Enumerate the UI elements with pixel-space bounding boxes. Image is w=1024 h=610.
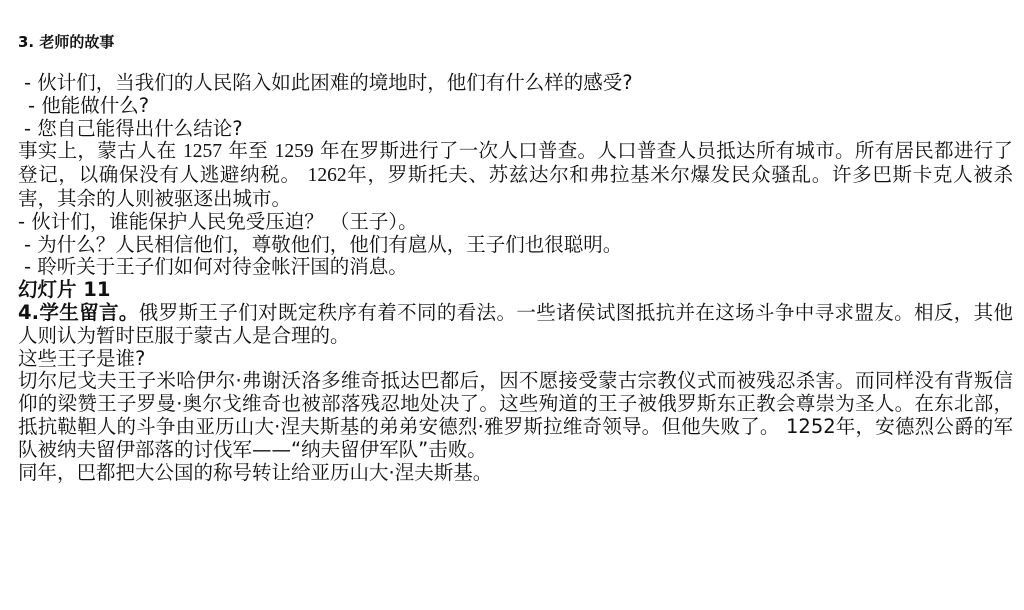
dialogue-line: - 伙计们，谁能保护人民免受压迫？ （王子）。 <box>18 211 1013 234</box>
slide-heading: 幻灯片 11 <box>18 279 1013 302</box>
year-number: 1262 <box>308 165 347 186</box>
dialogue-line: - 聆听关于王子们如何对待金帐汗国的消息。 <box>18 256 1013 279</box>
document-page: 3. 老师的故事 - 伙计们，当我们的人民陷入如此困难的境地时，他们有什么样的感… <box>0 0 1024 610</box>
question-line: - 您自己能得出什么结论? <box>18 118 1013 141</box>
student-label: 4.学生留言。 <box>18 301 139 324</box>
dialogue-line: - 为什么？人民相信他们，尊敬他们，他们有扈从，王子们也很聪明。 <box>18 234 1013 257</box>
year-number: 1257 <box>183 141 222 162</box>
question-line: - 他能做什么? <box>18 95 1013 118</box>
student-paragraph: 4.学生留言。俄罗斯王子们对既定秩序有着不同的看法。一些诸侯试图抵抗并在这场斗争… <box>18 302 1013 348</box>
census-text: 年至 <box>222 139 275 162</box>
year-number: 1259 <box>275 141 314 162</box>
student-text: 俄罗斯王子们对既定秩序有着不同的看法。一些诸侯试图抵抗并在这场斗争中寻求盟友。相… <box>18 301 1013 347</box>
closing-line: 同年，巴都把大公国的称号转让给亚历山大·涅夫斯基。 <box>18 462 1013 485</box>
princes-paragraph: 切尔尼戈夫王子米哈伊尔·弗谢沃洛多维奇抵达巴都后，因不愿接受蒙古宗教仪式而被残忍… <box>18 370 1013 461</box>
document-body: - 伙计们，当我们的人民陷入如此困难的境地时，他们有什么样的感受? - 他能做什… <box>18 72 1013 484</box>
census-text: 事实上，蒙古人在 <box>18 139 183 162</box>
census-paragraph: 事实上，蒙古人在 1257 年至 1259 年在罗斯进行了一次人口普查。人口普查… <box>18 140 1013 210</box>
princes-question: 这些王子是谁? <box>18 348 1013 371</box>
section-heading: 3. 老师的故事 <box>18 32 114 52</box>
question-line: - 伙计们，当我们的人民陷入如此困难的境地时，他们有什么样的感受? <box>18 72 1013 95</box>
